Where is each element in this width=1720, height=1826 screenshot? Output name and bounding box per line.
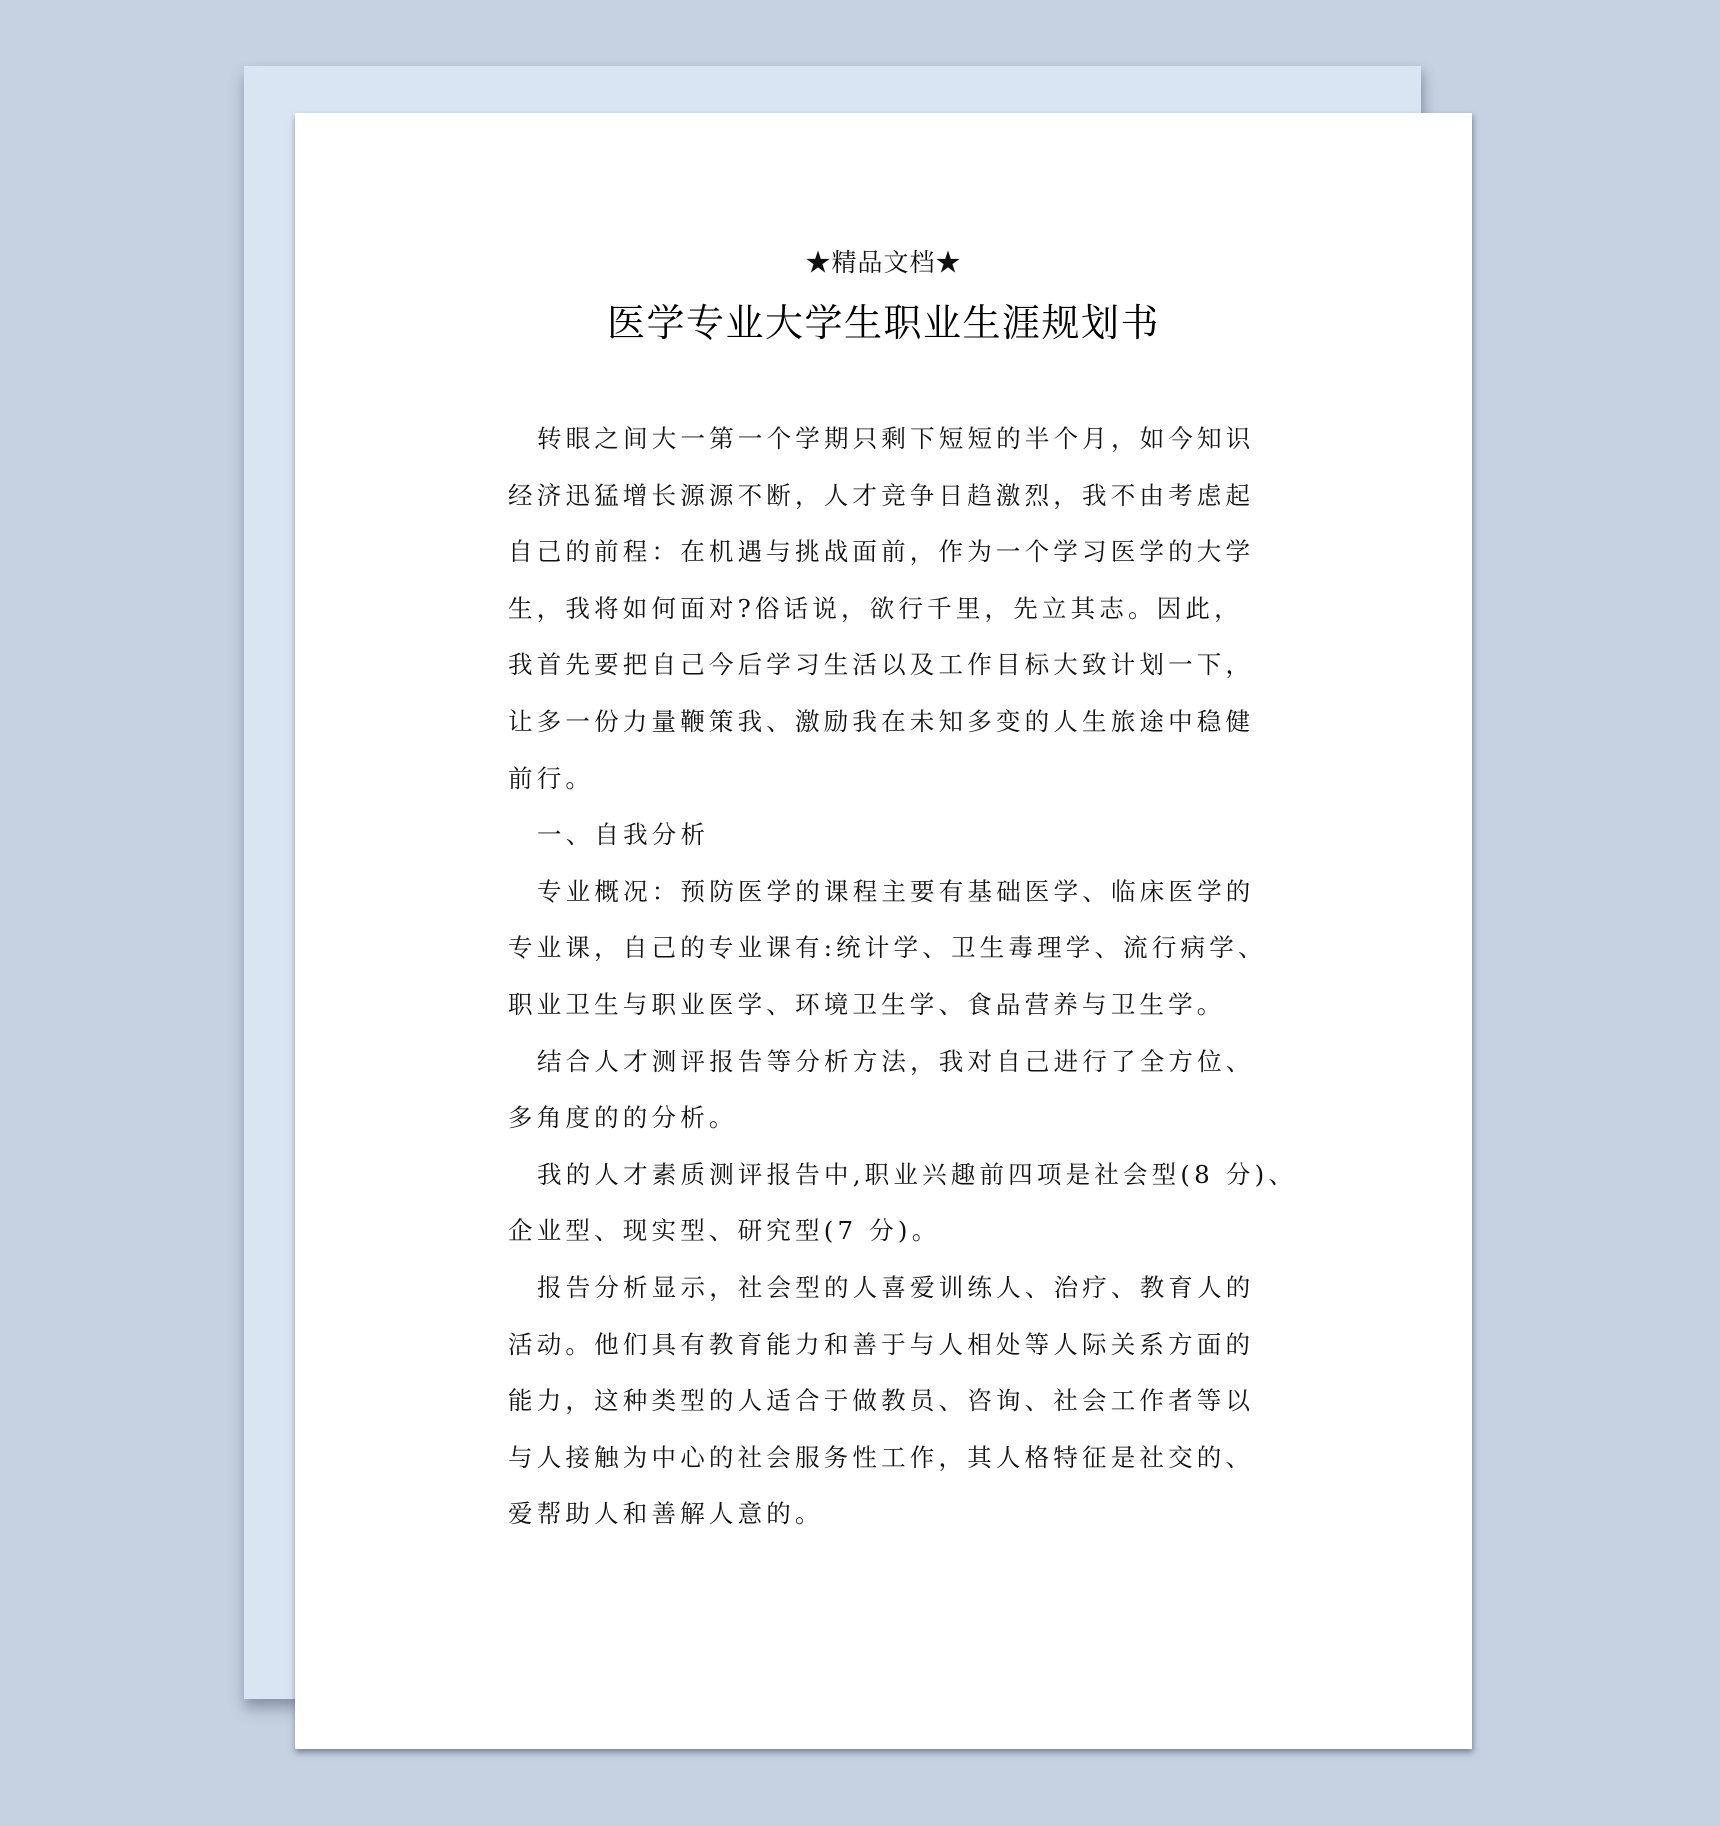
body-line: 企业型、现实型、研究型(7 分)。 [508, 1203, 1268, 1260]
body-line: 我的人才素质测评报告中,职业兴趣前四项是社会型(8 分)、 [508, 1147, 1268, 1204]
body-line: 职业卫生与职业医学、环境卫生学、食品营养与卫生学。 [508, 977, 1268, 1034]
body-line: 多角度的的分析。 [508, 1090, 1268, 1147]
section-heading: 一、自我分析 [508, 807, 1268, 864]
body-line: 经济迅猛增长源源不断，人才竞争日趋激烈，我不由考虑起 [508, 468, 1268, 525]
body-line: 生，我将如何面对?俗话说，欲行千里，先立其志。因此， [508, 581, 1268, 638]
body-line: 让多一份力量鞭策我、激励我在未知多变的人生旅途中稳健 [508, 694, 1268, 751]
document-body: 转眼之间大一第一个学期只剩下短短的半个月，如今知识 经济迅猛增长源源不断，人才竞… [508, 411, 1268, 1543]
body-line: 爱帮助人和善解人意的。 [508, 1486, 1268, 1543]
page-title: 医学专业大学生职业生涯规划书 [295, 297, 1472, 349]
document-page: ★精品文档★ 医学专业大学生职业生涯规划书 转眼之间大一第一个学期只剩下短短的半… [295, 113, 1472, 1749]
body-line: 前行。 [508, 751, 1268, 808]
doc-header-badge: ★精品文档★ [295, 246, 1472, 280]
body-line: 自己的前程：在机遇与挑战面前，作为一个学习医学的大学 [508, 524, 1268, 581]
body-line: 活动。他们具有教育能力和善于与人相处等人际关系方面的 [508, 1317, 1268, 1374]
body-line: 报告分析显示，社会型的人喜爱训练人、治疗、教育人的 [508, 1260, 1268, 1317]
body-line: 我首先要把自己今后学习生活以及工作目标大致计划一下， [508, 637, 1268, 694]
body-line: 与人接触为中心的社会服务性工作，其人格特征是社交的、 [508, 1430, 1268, 1487]
body-line: 专业课，自己的专业课有:统计学、卫生毒理学、流行病学、 [508, 920, 1268, 977]
body-line: 专业概况：预防医学的课程主要有基础医学、临床医学的 [508, 864, 1268, 921]
body-line: 能力，这种类型的人适合于做教员、咨询、社会工作者等以 [508, 1373, 1268, 1430]
body-line: 结合人才测评报告等分析方法，我对自己进行了全方位、 [508, 1034, 1268, 1091]
body-line: 转眼之间大一第一个学期只剩下短短的半个月，如今知识 [508, 411, 1268, 468]
